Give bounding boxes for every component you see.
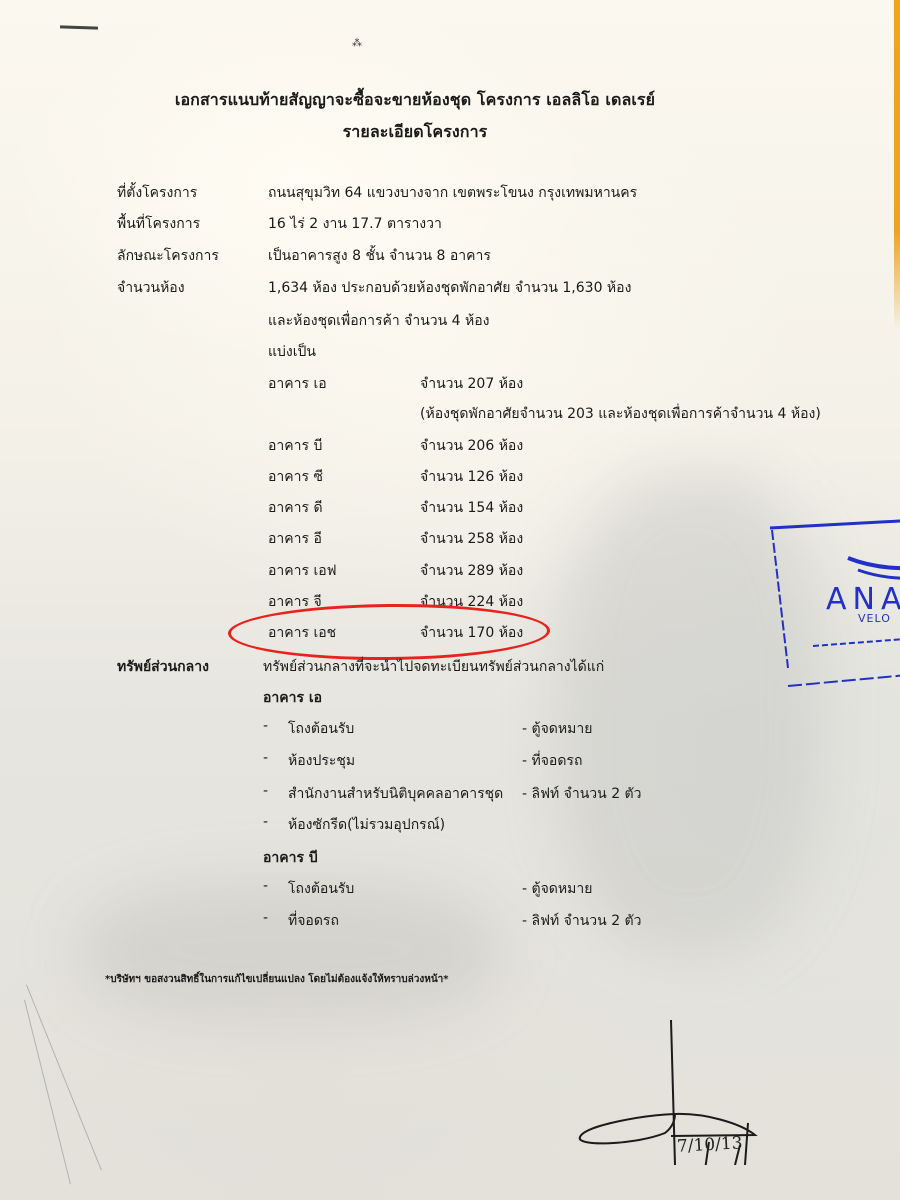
rooms-continuation: และห้องชุดเพื่อการค้า จำนวน 4 ห้อง xyxy=(268,310,490,332)
common-item: - ลิฟท์ จำนวน 2 ตัว xyxy=(522,783,642,805)
document-title: เอกสารแนบท้ายสัญญาจะซื้อจะขายห้องชุด โคร… xyxy=(0,88,830,113)
signature-date: 7/10/13 xyxy=(677,1133,744,1156)
common-item: - ที่จอดรถ xyxy=(522,750,582,772)
bullet-dash: - xyxy=(263,878,268,894)
bullet-dash: - xyxy=(263,718,268,734)
stamp-subtext: VELO xyxy=(858,612,891,625)
document-subtitle: รายละเอียดโครงการ xyxy=(0,120,830,145)
building-room-count: จำนวน 126 ห้อง xyxy=(420,466,523,488)
field-label-type: ลักษณะโครงการ xyxy=(117,245,219,267)
building-room-count: จำนวน 206 ห้อง xyxy=(420,435,523,457)
field-label-rooms: จำนวนห้อง xyxy=(117,277,185,299)
common-item: ห้องซักรีด(ไม่รวมอุปกรณ์) xyxy=(288,814,445,836)
common-item: ห้องประชุม xyxy=(288,750,355,772)
group-heading-building-a: อาคาร เอ xyxy=(263,687,322,709)
common-item: ที่จอดรถ xyxy=(288,910,339,932)
building-name: อาคาร บี xyxy=(268,435,322,457)
field-value-location: ถนนสุขุมวิท 64 แขวงบางจาก เขตพระโขนง กรุ… xyxy=(268,182,637,204)
bullet-dash: - xyxy=(263,783,268,799)
building-name: อาคาร อี xyxy=(268,528,322,550)
common-item: - ตู้จดหมาย xyxy=(522,718,592,740)
building-room-count: จำนวน 258 ห้อง xyxy=(420,528,523,550)
common-item: - ตู้จดหมาย xyxy=(522,878,592,900)
common-property-label: ทรัพย์ส่วนกลาง xyxy=(117,656,209,678)
wing-icon xyxy=(848,558,900,568)
building-name: อาคาร ซี xyxy=(268,466,323,488)
field-label-area: พื้นที่โครงการ xyxy=(117,213,200,235)
building-room-count: จำนวน 289 ห้อง xyxy=(420,560,523,582)
building-name: อาคาร เอ xyxy=(268,373,327,395)
common-item: โถงต้อนรับ xyxy=(288,718,354,740)
common-item: โถงต้อนรับ xyxy=(288,878,354,900)
field-value-type: เป็นอาคารสูง 8 ชั้น จำนวน 8 อาคาร xyxy=(268,245,491,267)
ink-speck: ⁂ xyxy=(352,38,362,49)
common-property-intro: ทรัพย์ส่วนกลางที่จะนำไปจดทะเบียนทรัพย์ส่… xyxy=(263,656,604,678)
building-name: อาคาร เอฟ xyxy=(268,560,337,582)
divided-into-label: แบ่งเป็น xyxy=(268,341,316,363)
field-value-rooms: 1,634 ห้อง ประกอบด้วยห้องชุดพักอาศัย จำน… xyxy=(268,277,631,299)
building-name: อาคาร ดี xyxy=(268,497,323,519)
building-room-count: จำนวน 207 ห้อง xyxy=(420,373,523,395)
bullet-dash: - xyxy=(263,814,268,830)
photo-shadow xyxy=(80,880,500,1020)
group-heading-building-b: อาคาร บี xyxy=(263,847,318,869)
building-room-count: จำนวน 154 ห้อง xyxy=(420,497,523,519)
bullet-dash: - xyxy=(263,910,268,926)
common-item: สำนักงานสำหรับนิติบุคคลอาคารชุด xyxy=(288,783,503,805)
bullet-dash: - xyxy=(263,750,268,766)
building-note: (ห้องชุดพักอาศัยจำนวน 203 และห้องชุดเพื่… xyxy=(420,403,821,425)
common-item: - ลิฟท์ จำนวน 2 ตัว xyxy=(522,910,642,932)
field-label-location: ที่ตั้งโครงการ xyxy=(117,182,197,204)
signature xyxy=(575,1015,775,1165)
background-edge xyxy=(894,0,900,330)
field-value-area: 16 ไร่ 2 งาน 17.7 ตารางวา xyxy=(268,213,442,235)
footnote-disclaimer: *บริษัทฯ ขอสงวนสิทธิ์ในการแก้ไขเปลี่ยนแป… xyxy=(105,972,449,987)
